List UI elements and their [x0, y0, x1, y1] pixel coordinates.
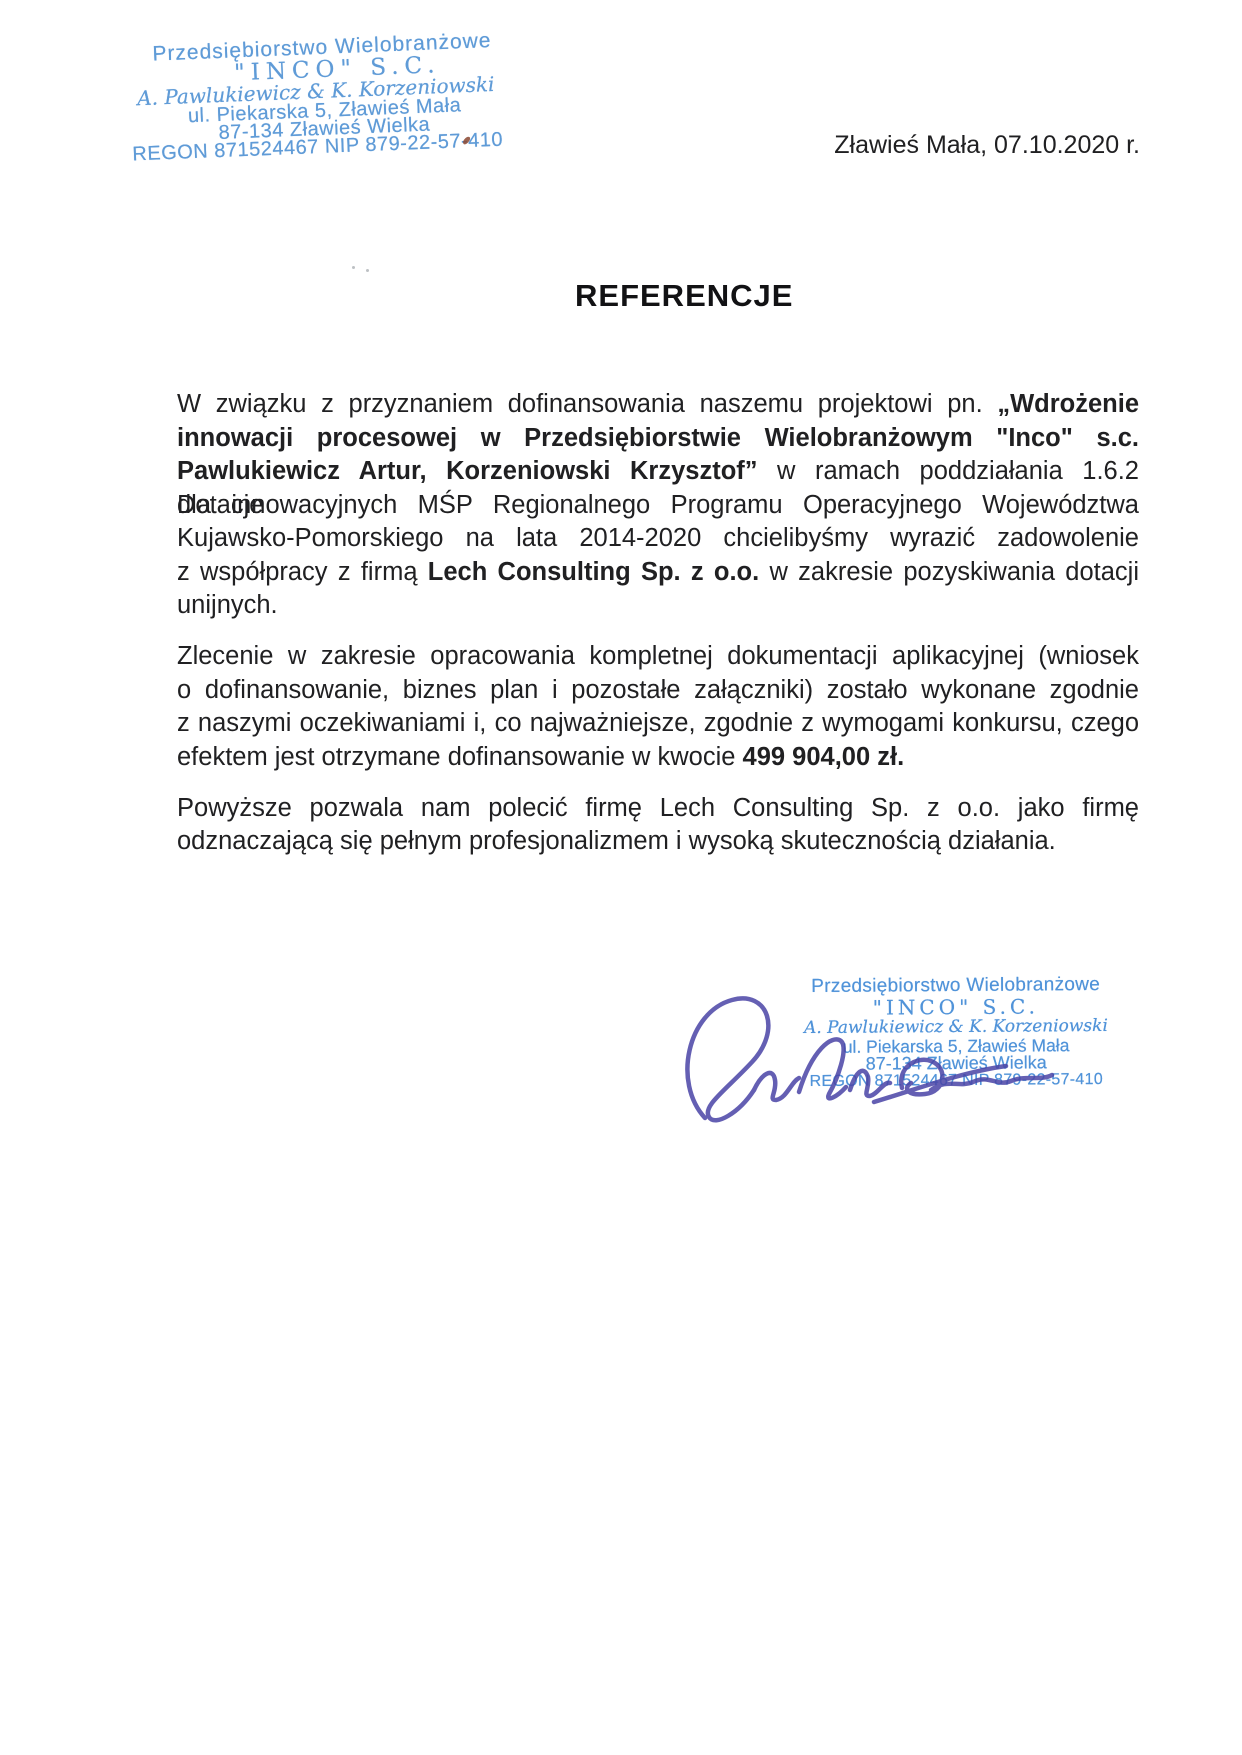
body-line: Kujawsko-Pomorskiego na lata 2014-2020 c… [177, 522, 1139, 556]
body-line: z współpracy z firmą Lech Consulting Sp.… [177, 556, 1139, 590]
handwritten-signature [660, 975, 1060, 1145]
body-line: innowacji procesowej w Przedsiębiorstwie… [177, 422, 1139, 456]
place-and-date: Zławieś Mała, 07.10.2020 r. [834, 131, 1140, 160]
body-line: odznaczającą się pełnym profesjonalizmem… [177, 825, 1139, 859]
text-run: Kujawsko-Pomorskiego na lata 2014-2020 c… [177, 524, 1139, 552]
body-line: Powyższe pozwala nam polecić firmę Lech … [177, 792, 1139, 826]
body-line: efektem jest otrzymane dofinansowanie w … [177, 741, 1139, 775]
signature-icon [660, 975, 1060, 1145]
text-run: Powyższe pozwala nam polecić firmę Lech … [177, 794, 1139, 822]
text-run: dla innowacyjnych MŚP Regionalnego Progr… [177, 491, 1139, 519]
body-line: unijnych. [177, 589, 1139, 623]
body-line: W związku z przyznaniem dofinansowania n… [177, 388, 1139, 422]
text-run: unijnych. [177, 591, 278, 619]
body-line: z naszymi oczekiwaniami i, co najważniej… [177, 707, 1139, 741]
paragraph-1: W związku z przyznaniem dofinansowania n… [177, 388, 1139, 623]
bold-text-run: Pawlukiewicz Artur, Korzeniowski Krzyszt… [177, 457, 758, 485]
bold-text-run: 499 904,00 zł. [743, 743, 905, 771]
bold-text-run: innowacji procesowej w Przedsiębiorstwie… [177, 424, 1139, 452]
text-run: z współpracy z firmą [177, 558, 428, 586]
text-run: odznaczającą się pełnym profesjonalizmem… [177, 827, 1056, 855]
text-run: W związku z przyznaniem dofinansowania n… [177, 390, 997, 418]
page-title: REFERENCJE [575, 278, 793, 314]
scan-dot [366, 269, 369, 272]
scan-dot [352, 266, 355, 269]
bold-text-run: „Wdrożenie [997, 390, 1139, 418]
bold-text-run: Lech Consulting Sp. z o.o. [428, 558, 759, 586]
paragraph-2: Zlecenie w zakresie opracowania kompletn… [177, 640, 1139, 774]
company-stamp-top: Przedsiębiorstwo Wielobranżowe "INCO" S.… [118, 26, 582, 164]
text-run: w zakresie pozyskiwania dotacji [759, 558, 1139, 586]
text-run: z naszymi oczekiwaniami i, co najważniej… [177, 709, 1139, 737]
body-line: Zlecenie w zakresie opracowania kompletn… [177, 640, 1139, 674]
letter-body: W związku z przyznaniem dofinansowania n… [177, 388, 1139, 876]
paragraph-3: Powyższe pozwala nam polecić firmę Lech … [177, 792, 1139, 859]
text-run: efektem jest otrzymane dofinansowanie w … [177, 743, 743, 771]
body-line: dla innowacyjnych MŚP Regionalnego Progr… [177, 489, 1139, 523]
body-line: o dofinansowanie, biznes plan i pozostał… [177, 674, 1139, 708]
body-line: Pawlukiewicz Artur, Korzeniowski Krzyszt… [177, 455, 1139, 489]
text-run: Zlecenie w zakresie opracowania kompletn… [177, 642, 1139, 670]
text-run: o dofinansowanie, biznes plan i pozostał… [177, 676, 1139, 704]
document-page: Przedsiębiorstwo Wielobranżowe "INCO" S.… [0, 0, 1242, 1755]
